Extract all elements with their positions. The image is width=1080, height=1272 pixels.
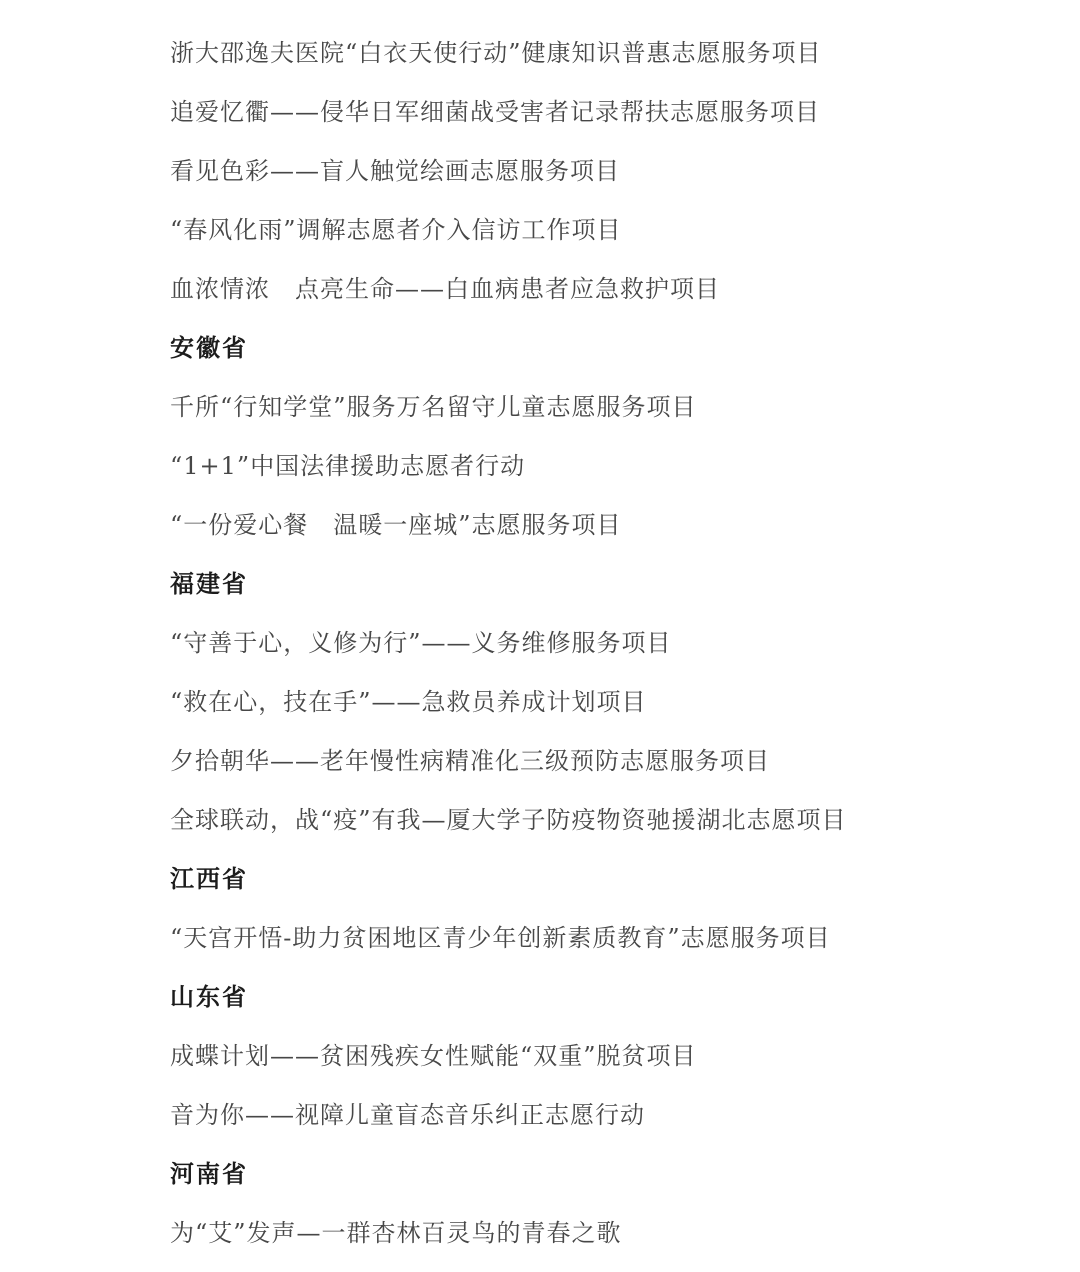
project-line: 千所“行知学堂”服务万名留守儿童志愿服务项目 [170,375,1000,434]
project-line: 为“艾”发声—一群杏林百灵鸟的青春之歌 [170,1201,1000,1260]
province-heading: 山东省 [170,965,1000,1024]
project-line: 全球联动，战“疫”有我—厦大学子防疫物资驰援湖北志愿项目 [170,788,1000,847]
province-heading: 安徽省 [170,316,1000,375]
project-line: “1+1”中国法律援助志愿者行动 [170,434,1000,493]
project-line: 夕拾朝华——老年慢性病精准化三级预防志愿服务项目 [170,729,1000,788]
project-line: 血浓情浓 点亮生命——白血病患者应急救护项目 [170,257,1000,316]
project-line: “天宫开悟-助力贫困地区青少年创新素质教育”志愿服务项目 [170,906,1000,965]
project-line: 音为你——视障儿童盲态音乐纠正志愿行动 [170,1083,1000,1142]
province-heading: 河南省 [170,1142,1000,1201]
province-heading: 福建省 [170,552,1000,611]
province-heading: 江西省 [170,847,1000,906]
project-line: 追爱忆衢——侵华日军细菌战受害者记录帮扶志愿服务项目 [170,80,1000,139]
project-line: “一份爱心餐 温暖一座城”志愿服务项目 [170,493,1000,552]
project-line: 成蝶计划——贫困残疾女性赋能“双重”脱贫项目 [170,1024,1000,1083]
document-page: 浙大邵逸夫医院“白衣天使行动”健康知识普惠志愿服务项目追爱忆衢——侵华日军细菌战… [0,0,1080,1272]
project-line: 看见色彩——盲人触觉绘画志愿服务项目 [170,139,1000,198]
project-line: “守善于心，义修为行”——义务维修服务项目 [170,611,1000,670]
project-line: “救在心，技在手”——急救员养成计划项目 [170,670,1000,729]
project-line: 浙大邵逸夫医院“白衣天使行动”健康知识普惠志愿服务项目 [170,21,1000,80]
project-line: “春风化雨”调解志愿者介入信访工作项目 [170,198,1000,257]
